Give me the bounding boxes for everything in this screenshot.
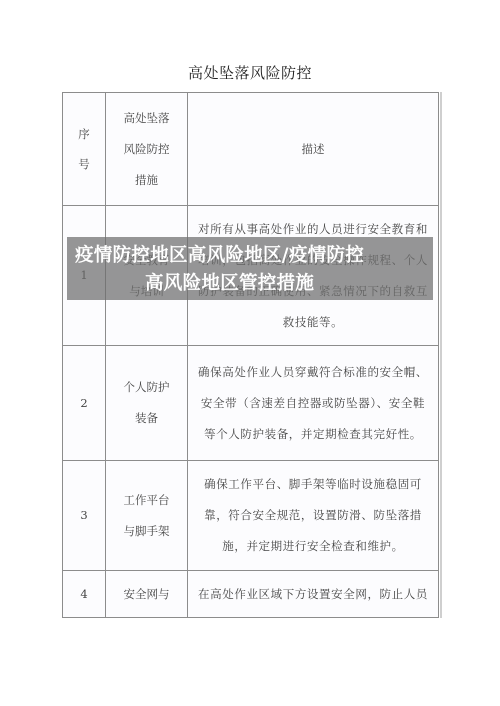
row-measure-line: 安全网与: [106, 579, 187, 610]
row-number: 4: [63, 571, 106, 618]
row-measure: 安全网与: [106, 571, 188, 618]
row-measure-line: 与脚手架: [106, 516, 187, 547]
header-number-line: 号: [63, 149, 105, 179]
row-description: 在高处作业区域下方设置安全网，防止人员: [188, 571, 439, 618]
row-description-line: 确保工作平台、脚手架等临时设施稳固可: [198, 469, 428, 500]
header-number-line: 序: [63, 119, 105, 149]
watermark-banner-line-1: 疫情防控地区高风险地区/疫情防控: [75, 241, 364, 267]
header-description: 描述: [188, 93, 439, 206]
header-measure: 高处坠落 风险防控 措施: [106, 93, 188, 206]
row-description-line: 等个人防护装备，并定期检查其完好性。: [198, 419, 428, 450]
row-description-line: 安全带（含速差自控器或防坠器）、安全鞋: [198, 388, 428, 419]
header-number: 序 号: [63, 93, 106, 206]
risk-control-table-container: 序 号 高处坠落 风险防控 措施 描述 1 安全教育 与培训 对所有从事高处作业…: [62, 92, 440, 618]
document-title: 高处坠落风险防控: [0, 62, 500, 83]
row-measure: 个人防护 装备: [106, 346, 188, 461]
header-measure-line: 措施: [106, 165, 187, 196]
table-row: 4 安全网与 在高处作业区域下方设置安全网，防止人员: [63, 571, 439, 618]
header-measure-line: 风险防控: [106, 134, 187, 165]
row-description-line: 靠，符合安全规范，设置防滑、防坠落措: [198, 500, 428, 531]
row-number: 3: [63, 461, 106, 571]
row-measure-line: 工作平台: [106, 485, 187, 516]
table-row: 3 工作平台 与脚手架 确保工作平台、脚手架等临时设施稳固可 靠，符合安全规范，…: [63, 461, 439, 571]
table-row: 2 个人防护 装备 确保高处作业人员穿戴符合标准的安全帽、 安全带（含速差自控器…: [63, 346, 439, 461]
row-description: 确保高处作业人员穿戴符合标准的安全帽、 安全带（含速差自控器或防坠器）、安全鞋 …: [188, 346, 439, 461]
row-measure-line: 装备: [106, 403, 187, 434]
watermark-banner: 疫情防控地区高风险地区/疫情防控 高风险地区管控措施: [67, 237, 433, 300]
table-header-row: 序 号 高处坠落 风险防控 措施 描述: [63, 93, 439, 206]
row-description-line: 在高处作业区域下方设置安全网，防止人员: [198, 579, 428, 610]
row-description: 确保工作平台、脚手架等临时设施稳固可 靠，符合安全规范，设置防滑、防坠落措 施，…: [188, 461, 439, 571]
row-measure: 工作平台 与脚手架: [106, 461, 188, 571]
risk-control-table: 序 号 高处坠落 风险防控 措施 描述 1 安全教育 与培训 对所有从事高处作业…: [62, 92, 439, 618]
row-description-line: 救技能等。: [198, 307, 428, 338]
watermark-banner-line-2: 高风险地区管控措施: [145, 269, 314, 295]
row-measure-line: 个人防护: [106, 372, 187, 403]
row-number: 2: [63, 346, 106, 461]
row-description-line: 确保高处作业人员穿戴符合标准的安全帽、: [198, 357, 428, 388]
header-measure-line: 高处坠落: [106, 103, 187, 134]
row-description-line: 施，并定期进行安全检查和维护。: [198, 531, 428, 562]
